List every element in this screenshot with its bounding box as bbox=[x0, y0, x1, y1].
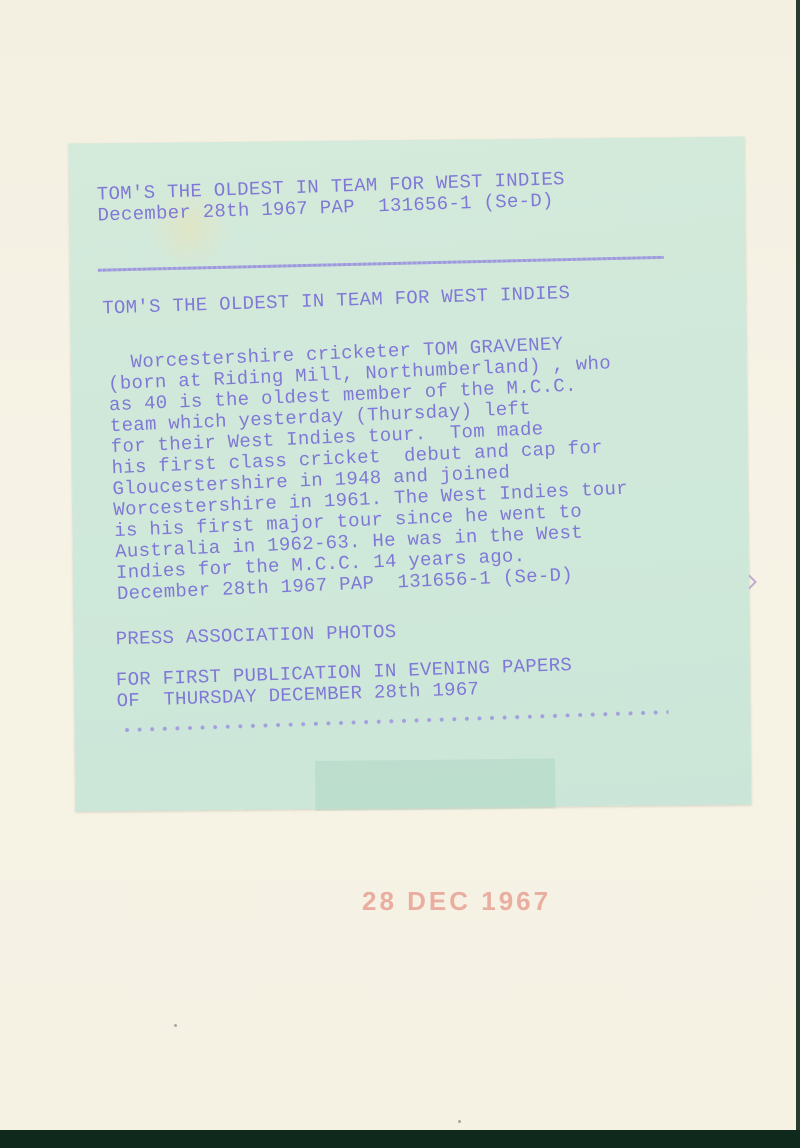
caption-header: TOM'S THE OLDEST IN TEAM FOR WEST INDIES… bbox=[97, 169, 566, 226]
publication-note: FOR FIRST PUBLICATION IN EVENING PAPERS … bbox=[116, 655, 574, 712]
scan-edge-right bbox=[796, 0, 800, 1148]
paper-patch bbox=[315, 758, 556, 811]
caption-slip: TOM'S THE OLDEST IN TEAM FOR WEST INDIES… bbox=[69, 136, 752, 811]
scan-edge-bottom bbox=[0, 1130, 800, 1148]
headline: TOM'S THE OLDEST IN TEAM FOR WEST INDIES bbox=[102, 283, 571, 320]
dust-speck bbox=[174, 1024, 177, 1027]
dust-speck bbox=[458, 1120, 461, 1123]
typed-dot-divider bbox=[121, 709, 669, 733]
agency-credit: PRESS ASSOCIATION PHOTOS bbox=[115, 622, 396, 650]
received-date-stamp: 28 DEC 1967 bbox=[362, 886, 551, 917]
caption-body: Worcestershire cricketer TOM GRAVENEY (b… bbox=[107, 332, 632, 605]
